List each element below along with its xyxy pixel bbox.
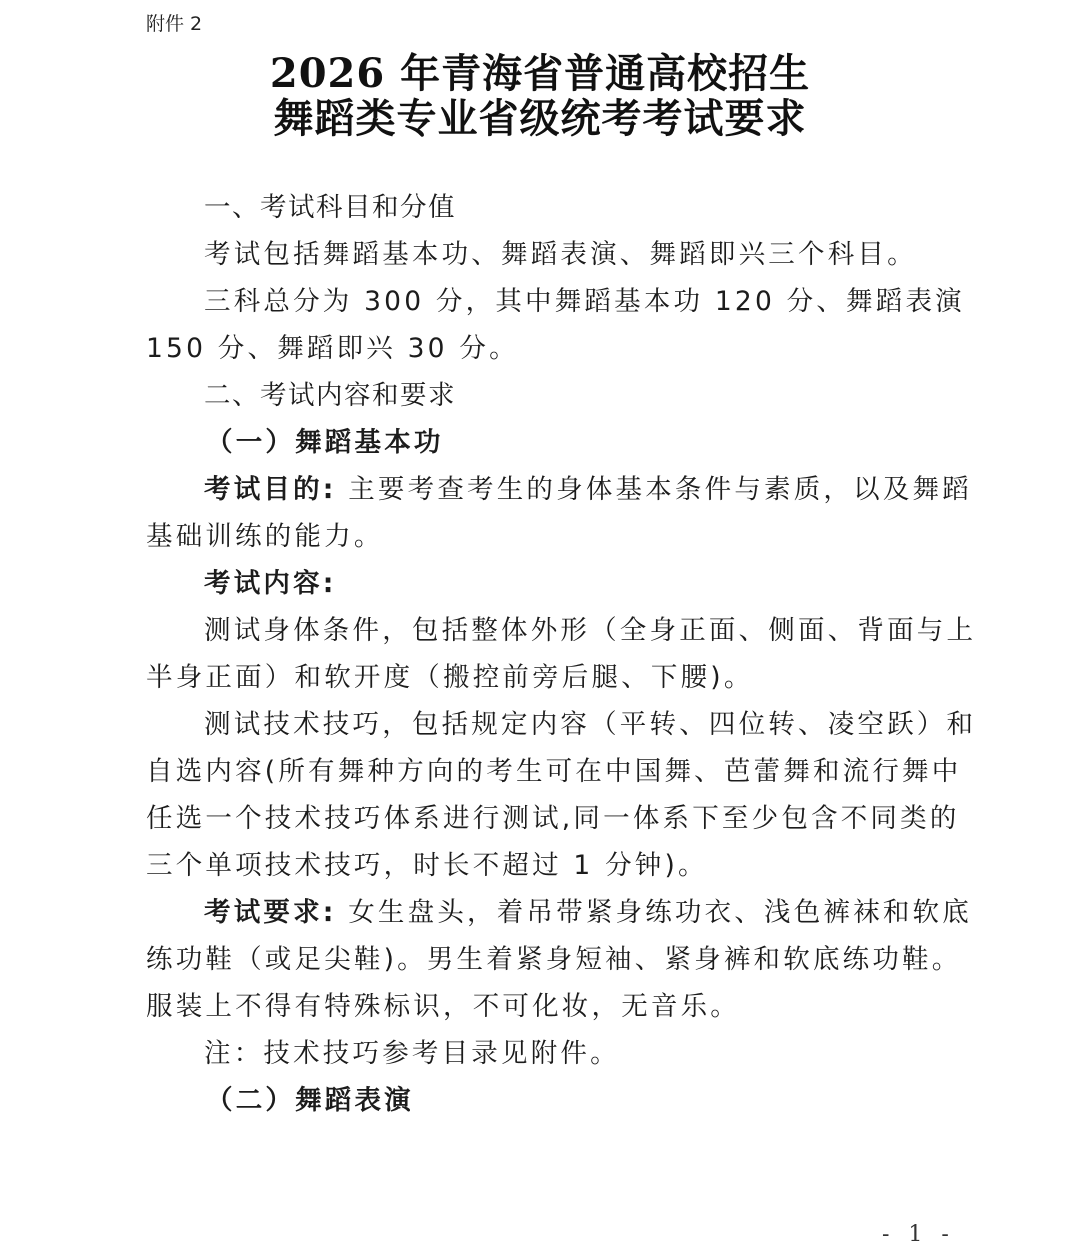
- paragraph: 考试包括舞蹈基本功、舞蹈表演、舞蹈即兴三个科目。: [146, 231, 946, 278]
- paragraph: 测试身体条件，包括整体外形（全身正面、侧面、背面与上: [146, 607, 946, 654]
- require-label: 考试要求:: [204, 897, 337, 928]
- paragraph: 测试技术技巧，包括规定内容（平转、四位转、凌空跃）和: [146, 701, 946, 748]
- purpose-label: 考试目的:: [204, 474, 337, 505]
- subsection-heading-1: （一）舞蹈基本功: [146, 419, 946, 466]
- content-label: 考试内容:: [146, 560, 946, 607]
- paragraph: 半身正面）和软开度（搬控前旁后腿、下腰)。: [146, 654, 946, 701]
- section-heading-1: 一、考试科目和分值: [146, 184, 946, 231]
- paragraph: 自选内容(所有舞种方向的考生可在中国舞、芭蕾舞和流行舞中: [146, 748, 946, 795]
- paragraph: 服装上不得有特殊标识，不可化妆，无音乐。: [146, 983, 946, 1030]
- paragraph: 任选一个技术技巧体系进行测试,同一体系下至少包含不同类的: [146, 795, 946, 842]
- require-text: 女生盘头，着吊带紧身练功衣、浅色裤袜和软底: [337, 897, 972, 928]
- section-heading-2: 二、考试内容和要求: [146, 372, 946, 419]
- paragraph: 三科总分为 300 分，其中舞蹈基本功 120 分、舞蹈表演: [146, 278, 946, 325]
- require-paragraph: 考试要求: 女生盘头，着吊带紧身练功衣、浅色裤袜和软底: [146, 889, 946, 936]
- attachment-label: 附件 2: [146, 9, 202, 36]
- purpose-text: 主要考查考生的身体基本条件与素质，以及舞蹈: [337, 474, 972, 505]
- page-number: - 1 -: [882, 1222, 955, 1247]
- document-title-line2: 舞蹈类专业省级统考考试要求: [0, 87, 1080, 144]
- paragraph: 练功鞋（或足尖鞋)。男生着紧身短袖、紧身裤和软底练功鞋。: [146, 936, 946, 983]
- subsection-heading-2: （二）舞蹈表演: [146, 1077, 946, 1124]
- note-paragraph: 注：技术技巧参考目录见附件。: [146, 1030, 946, 1077]
- purpose-paragraph: 考试目的: 主要考查考生的身体基本条件与素质，以及舞蹈: [146, 466, 946, 513]
- document-body: 一、考试科目和分值 考试包括舞蹈基本功、舞蹈表演、舞蹈即兴三个科目。 三科总分为…: [146, 184, 946, 1124]
- paragraph: 150 分、舞蹈即兴 30 分。: [146, 325, 946, 372]
- paragraph: 基础训练的能力。: [146, 513, 946, 560]
- paragraph: 三个单项技术技巧，时长不超过 1 分钟)。: [146, 842, 946, 889]
